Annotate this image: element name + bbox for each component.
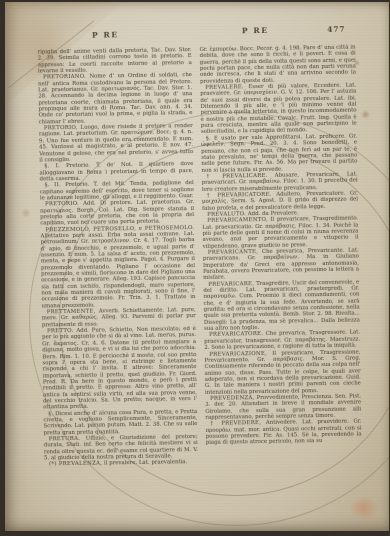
- dictionary-entry: PREVALERE. Esser di più valore, Eccedere…: [200, 83, 357, 136]
- dictionary-entry: §. II. Pretorio. T. del Mil. Tenda, padi…: [40, 180, 194, 201]
- entry-headword: PRETORIO.: [45, 201, 79, 208]
- running-head-left: P RE: [79, 30, 131, 40]
- entry-headword: PRETORIANO.: [43, 74, 86, 81]
- dictionary-entry: † PREVEDERE, Antivedere. Lat. praevidere…: [205, 419, 361, 447]
- paper-sheet: P RE P RE 477 ripiglia dell' anime venti…: [5, 2, 389, 531]
- entry-headword: † PREVALICARE.: [207, 173, 268, 180]
- entry-headword: PRETURA.: [49, 436, 81, 442]
- dictionary-entry: PREZZEMOLO, PETROSELLO, e PETROSEMOLO. A…: [40, 225, 195, 310]
- dictionary-entry: PREVARICAZIONE, Il prevaricare, Trasgres…: [204, 349, 361, 396]
- entry-headword: PRETTAMENTE,: [47, 309, 96, 316]
- running-head-right: P RE: [229, 26, 281, 36]
- entry-headword: PREVARICANTE,: [208, 249, 259, 256]
- entry-headword: PREVALERE.: [205, 84, 244, 91]
- entry-headword: PRETTO.: [47, 328, 74, 334]
- entry-headword: (*) PREVALENZA,: [49, 461, 102, 468]
- dictionary-entry: (*) PREVALENZA, il prevalere. Lat. praev…: [44, 459, 198, 468]
- entry-headword: PREVARICAMENTO,: [207, 217, 268, 224]
- dictionary-entry: PREVARICAMENTO, Il prevaricare, Trasgred…: [202, 216, 358, 250]
- dictionary-entry: † PREVARICATORE. Adultero, Prevaricatore…: [202, 190, 358, 211]
- dictionary-entry: PRETORIO, Luogo, dove risiede il pretore…: [39, 123, 194, 163]
- entry-headword: PREZZEMOLO, PETROSELLO, e PETROSEMOLO.: [45, 225, 194, 233]
- entry-headword: §. II.: [45, 182, 61, 188]
- entry-headword: † PREVARICATORE.: [207, 192, 272, 199]
- dictionary-entry: PRETURA. Uffizio, e Giurisdizione del pr…: [44, 434, 198, 462]
- entry-headword: §. I.: [44, 163, 60, 169]
- entry-headword: † PREVEDERE,: [210, 420, 261, 427]
- entry-headword: PREVEDENZA,: [210, 395, 255, 402]
- dictionary-entry: PREVEDENZA, Provvedimento, Prescienza. S…: [205, 393, 361, 421]
- page-content: P RE P RE 477 ripiglia dell' anime venti…: [5, 2, 389, 531]
- dictionary-entry: ripiglia dell' anime venti dalla pretori…: [38, 47, 192, 75]
- scanned-book-page: P RE P RE 477 ripiglia dell' anime venti…: [0, 0, 390, 536]
- entry-headword: PREVARICAZIONE,: [209, 350, 267, 357]
- dictionary-entry: §. I. Pretorio. T. de' Not. Il quartiere…: [39, 161, 193, 182]
- entry-headword: PREVARICARE,: [208, 281, 254, 288]
- dictionary-entry: PRETORIANO. Nome d' un Ordine di soldati…: [38, 72, 193, 125]
- dictionary-entry: §. E usato per vale Approfittarsi. Lat. …: [201, 133, 358, 174]
- dictionary-entry: † PREVALICARE. Abusare, Prevaricare. Lat…: [202, 171, 358, 192]
- dictionary-entry: PREVARICANTE, Che prevarica, Prevaricant…: [203, 247, 359, 281]
- right-column-text: Gr. ἐμπορεύω. Bocc. Pecor. g. 4. 198. Pa…: [200, 44, 362, 446]
- entry-headword: §.: [206, 136, 211, 142]
- dictionary-entry: PRETTO. Add. Puro, Schietto, Non mescola…: [42, 326, 197, 411]
- entry-headword: §.: [48, 411, 53, 417]
- dictionary-entry: §. Dicesi anche d' alcuna cosa Pura, e p…: [43, 409, 197, 437]
- dictionary-entry: PREVARICARE, Trasgredire, Uscir del conv…: [203, 279, 360, 332]
- dictionary-entry: PREVARICATORE. Che prevarica, Trasgresso…: [204, 330, 360, 351]
- dictionary-entry: Gr. ἐμπορεύω. Bocc. Pecor. g. 4. 198. Pa…: [200, 44, 357, 85]
- entry-headword: PREVARICATORE.: [209, 331, 263, 338]
- left-column-text: ripiglia dell' anime venti dalla pretori…: [38, 47, 199, 468]
- page-number: 477: [303, 25, 345, 35]
- dictionary-entry: PRETTAMENTE, Avverb. Schiettamente. Lat.…: [42, 307, 196, 328]
- dictionary-entry: PRETORIO. Add. Di pretore. Lat. praetori…: [40, 199, 194, 227]
- entry-headword: PRETORIO,: [44, 125, 78, 132]
